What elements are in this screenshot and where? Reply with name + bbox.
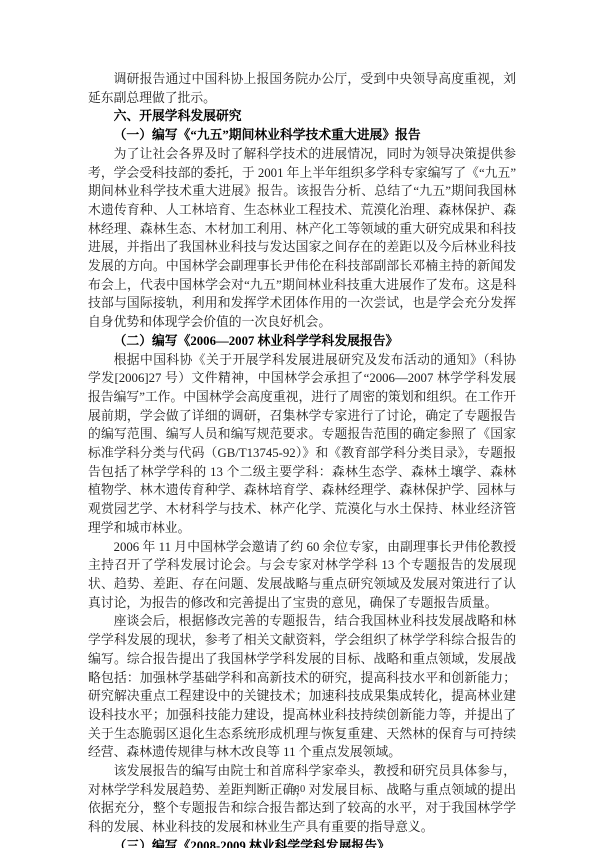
- paragraph: 该发展报告的编写由院士和首席科学家牵头，教授和研究员具体参与，对林学学科发展趋势…: [88, 762, 516, 837]
- subsection-heading-2: （二）编写《2006—2007 林业科学学科发展报告》: [88, 332, 516, 351]
- subsection-heading-1: （一）编写《“九五”期间林业科学技术重大进展》报告: [88, 126, 516, 145]
- paragraph-continuation: 调研报告通过中国科协上报国务院办公厅，受到中央领导高度重视，刘延东副总理做了批示…: [88, 70, 516, 107]
- paragraph: 2006 年 11 月中国林学会邀请了约 60 余位专家，由副理事长尹伟伦教授主…: [88, 538, 516, 613]
- document-page: 调研报告通过中国科协上报国务院办公厅，受到中央领导高度重视，刘延东副总理做了批示…: [0, 0, 600, 848]
- paragraph: 为了让社会各界及时了解科学技术的进展情况，同时为领导决策提供参考，学会受科技部的…: [88, 145, 516, 332]
- page-body: 调研报告通过中国科协上报国务院办公厅，受到中央领导高度重视，刘延东副总理做了批示…: [88, 70, 516, 848]
- paragraph: 根据中国科协《关于开展学科发展进展研究及发布活动的通知》（科协学发[2006]2…: [88, 351, 516, 538]
- paragraph: 座谈会后，根据修改完善的专题报告，结合我国林业科技发展战略和林学学科发展的现状，…: [88, 612, 516, 762]
- subsection-heading-3: （三）编写《2008-2009 林业科学学科发展报告》: [88, 837, 516, 848]
- page-number: 80: [0, 784, 600, 795]
- section-heading: 六、开展学科发展研究: [88, 107, 516, 126]
